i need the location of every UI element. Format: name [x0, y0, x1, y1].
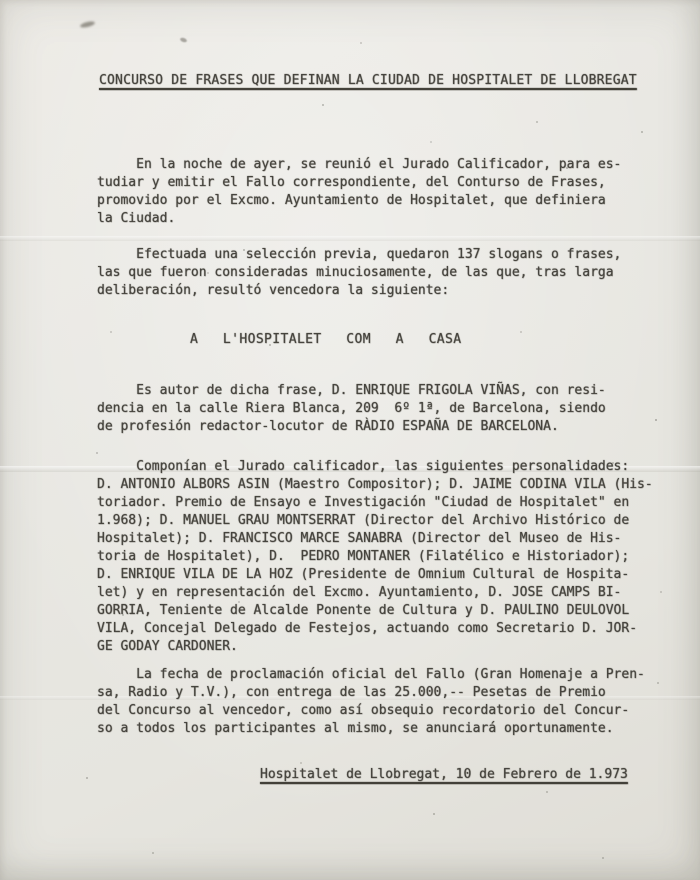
paragraph-proclamation: La fecha de proclamación oficial del Fal… [97, 666, 645, 738]
paragraph-jury-members: Componían el Jurado calificador, las sig… [97, 458, 653, 656]
winning-phrase: A L'HOSPITALET COM A CASA [190, 331, 461, 349]
paragraph-author: Es autor de dicha frase, D. ENRIQUE FRIG… [97, 382, 606, 436]
ink-smudge [80, 20, 96, 28]
paper-specks [0, 0, 2, 2]
fold-crease-top [0, 236, 700, 241]
document-page: CONCURSO DE FRASES QUE DEFINAN LA CIUDAD… [0, 0, 700, 880]
paragraph-jury-meeting: En la noche de ayer, se reunió el Jurado… [97, 156, 621, 228]
date-line: Hospitalet de Llobregat, 10 de Febrero d… [260, 766, 628, 784]
document-title: CONCURSO DE FRASES QUE DEFINAN LA CIUDAD… [99, 72, 637, 90]
ink-smudge-small [180, 37, 188, 43]
paragraph-selection: Efectuada una selección previa, quedaron… [97, 246, 621, 300]
